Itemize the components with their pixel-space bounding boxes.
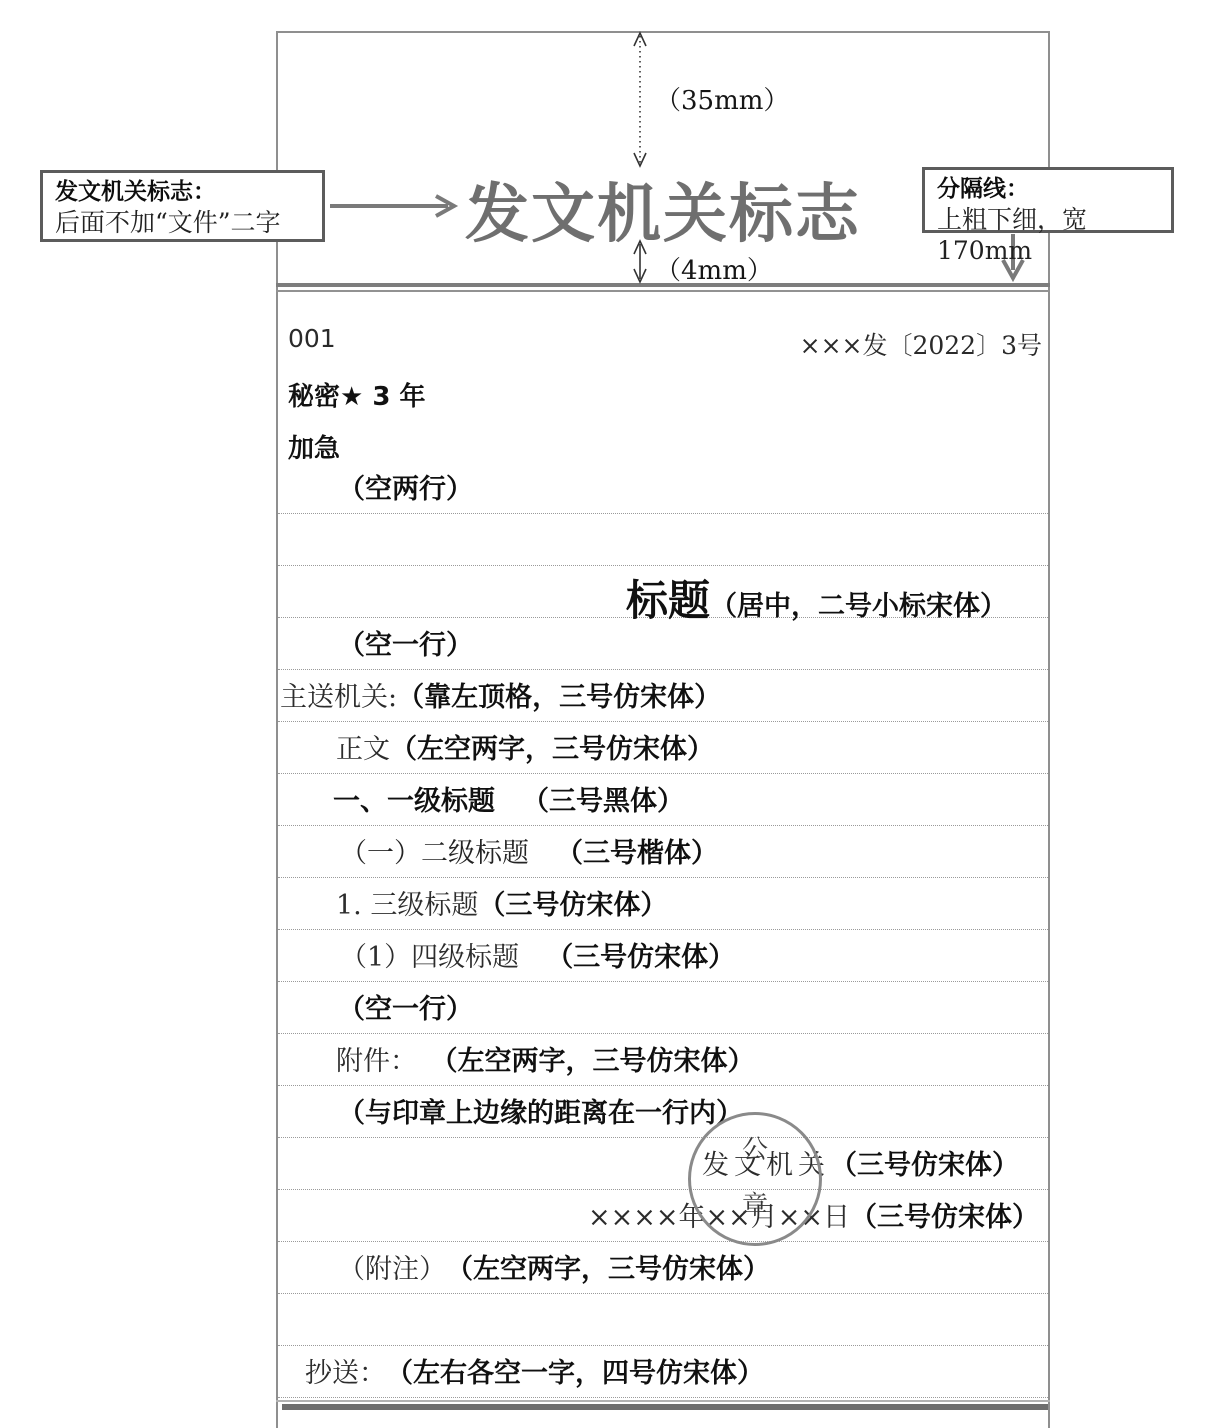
row-text: 正文 — [336, 736, 390, 763]
logo-gap-label: （4mm） — [655, 250, 773, 287]
top-margin-label: （35mm） — [655, 80, 789, 117]
row-text: 抄送： — [305, 1360, 386, 1387]
row-text: 主送机关: — [280, 684, 397, 711]
row-text: （空一行） — [338, 632, 473, 659]
row-text: 1. 三级标题 — [336, 892, 478, 919]
row-text: （空两行） — [338, 476, 473, 503]
row-text: （三号仿宋体） — [830, 1152, 1019, 1179]
document-row-9: 1. 三级标题 （三号仿宋体） — [278, 878, 1048, 930]
row-text: （三号仿宋体） — [850, 1204, 1039, 1231]
document-row-8: （一）二级标题 （三号楷体） — [278, 826, 1048, 878]
row-text: 一、一级标题 — [333, 788, 522, 815]
left-callout-body: 后面不加“文件”二字 — [55, 207, 310, 238]
urgency-mark: 加急 — [288, 428, 340, 465]
row-text: （三号黑体） — [522, 788, 684, 815]
document-row-6: 正文 （左空两字，三号仿宋体） — [278, 722, 1048, 774]
document-row-12: 附件： （左空两字，三号仿宋体） — [278, 1034, 1048, 1086]
document-row-4: （空一行） — [278, 618, 1048, 670]
document-row-16: （附注）（左空两字，三号仿宋体） — [278, 1242, 1048, 1294]
right-callout-title: 分隔线： — [937, 175, 1159, 204]
document-row-1: （空两行） — [278, 462, 1048, 514]
document-row-17 — [278, 1294, 1048, 1346]
document-row-10: （1）四级标题 （三号仿宋体） — [278, 930, 1048, 982]
document-row-18: 抄送：（左右各空一字，四号仿宋体） — [278, 1346, 1048, 1398]
row-text: （左右各空一字，四号仿宋体） — [386, 1360, 764, 1387]
left-callout-box: 发文机关标志： 后面不加“文件”二字 — [40, 170, 325, 242]
colophon-thick-rule — [282, 1404, 1048, 1410]
seal-bottom-char: 章 — [691, 1185, 819, 1222]
row-text: （附注） — [338, 1256, 446, 1283]
left-callout-title: 发文机关标志： — [55, 178, 310, 207]
row-text: （三号仿宋体） — [478, 892, 667, 919]
right-callout-body: 上粗下细，宽170mm — [937, 204, 1159, 267]
document-row-14: 发文机关 （三号仿宋体） — [278, 1138, 1048, 1190]
seal-top-char: 公 — [691, 1129, 819, 1166]
row-text: （1）四级标题 — [340, 944, 546, 971]
right-callout-box: 分隔线： 上粗下细，宽170mm — [922, 167, 1174, 233]
document-row-13: （与印章上边缘的距离在一行内） — [278, 1086, 1048, 1138]
row-text: （空一行） — [338, 996, 473, 1023]
row-text: （一）二级标题 — [340, 840, 556, 867]
row-text: （靠左顶格，三号仿宋体） — [397, 684, 721, 711]
copy-number: 001 — [288, 324, 336, 353]
row-text: （三号楷体） — [556, 840, 718, 867]
row-text: 标题 — [626, 580, 710, 622]
row-text: 附件： — [336, 1048, 431, 1075]
row-text: （与印章上边缘的距离在一行内） — [338, 1100, 743, 1127]
official-document-format-guide: （35mm） 发文机关标志 （4mm） 001 ×××发〔2022〕3号 秘密★… — [0, 0, 1228, 1428]
official-seal-icon: 公 章 — [688, 1112, 822, 1246]
security-classification: 秘密★ 3 年 — [288, 376, 426, 413]
document-body-rows: （空两行）标题（居中，二号小标宋体）（空一行）主送机关:（靠左顶格，三号仿宋体）… — [278, 462, 1048, 1398]
row-text: （左空两字，三号仿宋体） — [446, 1256, 770, 1283]
document-row-5: 主送机关:（靠左顶格，三号仿宋体） — [278, 670, 1048, 722]
document-row-15: ××××年××月××日（三号仿宋体） — [278, 1190, 1048, 1242]
row-text: （居中，二号小标宋体） — [710, 593, 1007, 620]
separator-thick-rule — [276, 283, 1050, 287]
document-row-11: （空一行） — [278, 982, 1048, 1034]
separator-thin-rule — [276, 290, 1050, 292]
colophon-thin-rule — [276, 1400, 1050, 1402]
row-text: （左空两字，三号仿宋体） — [390, 736, 714, 763]
row-text: （左空两字，三号仿宋体） — [431, 1048, 755, 1075]
document-number: ×××发〔2022〕3号 — [600, 326, 1042, 362]
document-row-7: 一、一级标题 （三号黑体） — [278, 774, 1048, 826]
document-row-2 — [278, 514, 1048, 566]
document-row-3: 标题（居中，二号小标宋体） — [278, 566, 1048, 618]
row-text: （三号仿宋体） — [546, 944, 735, 971]
